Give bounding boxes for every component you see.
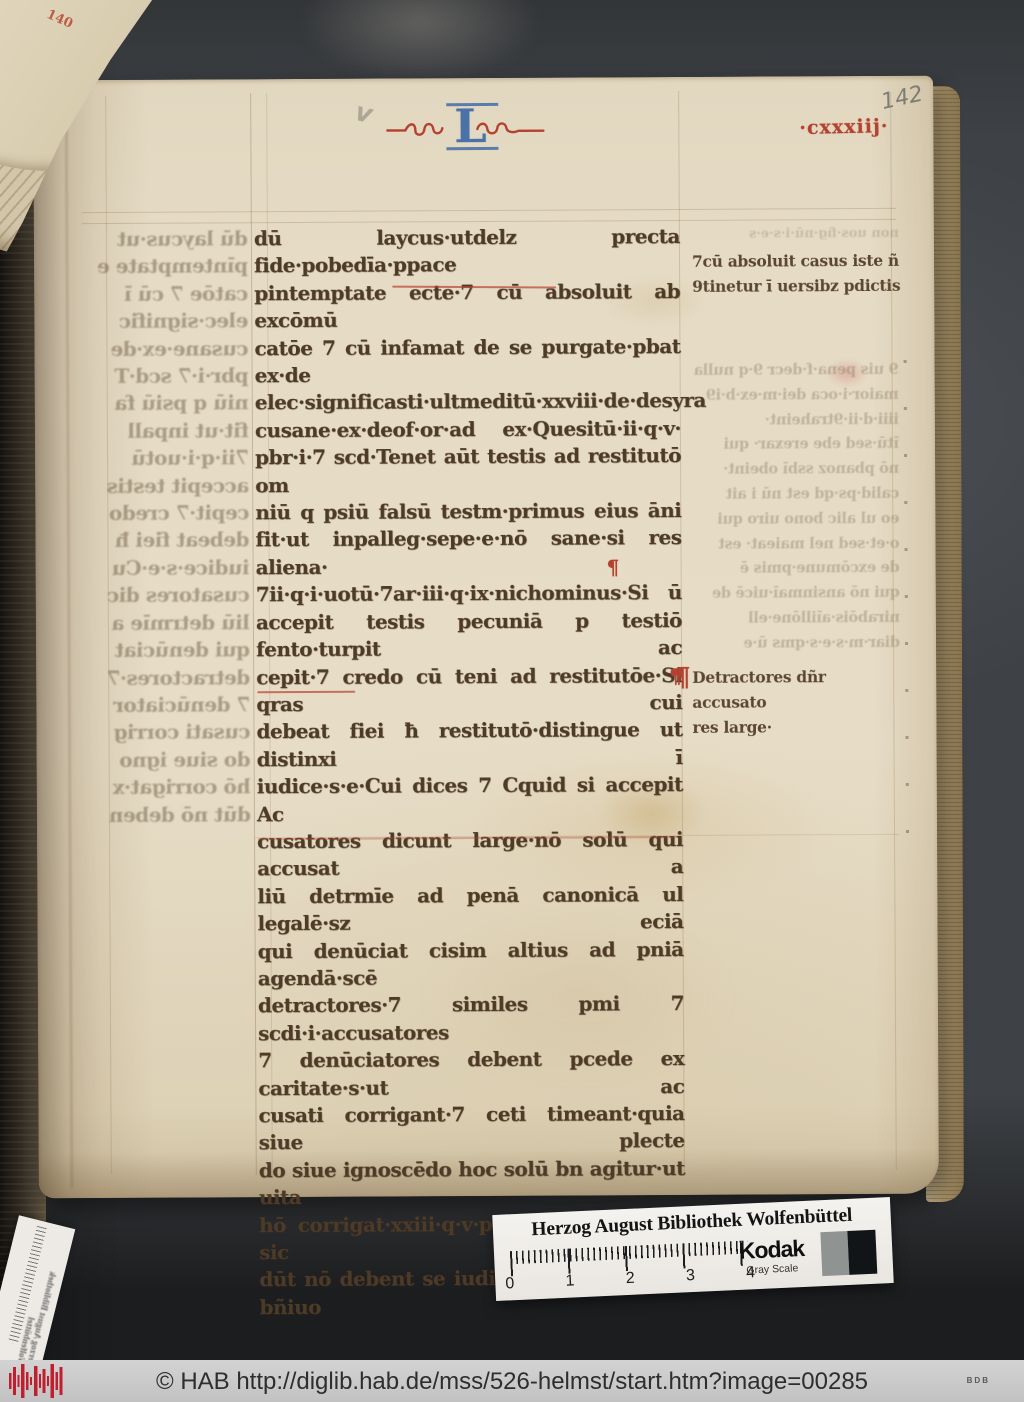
manuscript-photo: L v ·cxxxiij· 142 dū laycus·ut pīntempta… — [0, 0, 1024, 1402]
ruling-line-horizontal — [82, 208, 896, 213]
showthrough-text-left: dū laycus·ut pīntemptate e catōe 7 cū ī … — [34, 225, 251, 838]
pricking-dots — [904, 360, 910, 846]
ruler-number: 2 — [625, 1270, 635, 1288]
showthrough-line-top-right: non uos·fig·nū·i·s·e·s — [689, 226, 899, 242]
folio-number-red: ·cxxxiij· — [799, 115, 889, 139]
ruler-number: 1 — [565, 1272, 575, 1290]
kodak-ruler-label: Herzog August Bibliothek Wolfenbüttel 0 … — [492, 1197, 893, 1301]
ruler-number: 0 — [505, 1275, 515, 1293]
kodak-brand-sub: Gray Scale — [739, 1262, 805, 1277]
paragraph-mark-line-end: ¶ — [669, 664, 682, 688]
red-flourish — [385, 116, 555, 141]
marginal-gloss-top: 7cū absoluit casus iste ñ 9tinetur ī uer… — [692, 248, 904, 299]
showthrough-text-right: 9 uis pena·f·decr 9·q nulla maior·i·oca … — [687, 358, 901, 657]
manuscript-text-block: dū laycus·utdelz precta fide·pobedīa·ppa… — [254, 223, 683, 837]
pencil-squiggle: v — [352, 97, 376, 130]
corner-code: BDB — [967, 1376, 990, 1385]
kodak-brand: Kodak — [738, 1235, 804, 1265]
folio-number-pencil: 142 — [879, 82, 925, 115]
ruler-number: 3 — [686, 1267, 696, 1285]
marginal-gloss-mid: Detractores dñr accusato res large· — [692, 664, 900, 740]
parchment-page: L v ·cxxxiij· 142 dū laycus·ut pīntempta… — [33, 76, 939, 1199]
footer-strip: © HAB http://diglib.hab.de/mss/526-helms… — [0, 1360, 1024, 1402]
copyright-line: © HAB http://diglib.hab.de/mss/526-helms… — [0, 1368, 1024, 1396]
black-scale-patch — [847, 1230, 877, 1275]
paragraph-mark-inline: ¶ — [607, 555, 620, 579]
kodak-brand-block: Kodak Gray Scale — [738, 1235, 805, 1277]
gray-scale-patch — [820, 1231, 849, 1276]
